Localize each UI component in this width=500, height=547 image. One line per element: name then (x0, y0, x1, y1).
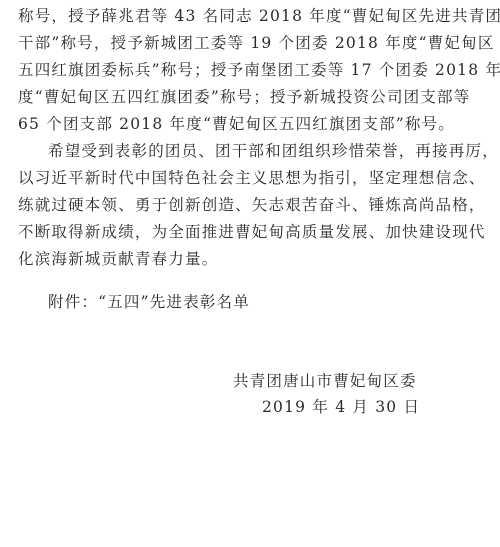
paragraph1-line: 干部”称号，授予新城团工委等 19 个团委 2018 年度“曹妃甸区 (18, 30, 495, 57)
paragraph1-line: 五四红旗团委标兵”称号；授予南堡团工委等 17 个团委 2018 年 (18, 57, 500, 84)
paragraph2-line: 练就过硬本领、勇于创新创造、矢志艰苦奋斗、锤炼高尚品格， (18, 192, 486, 219)
attachment-note: 附件：“五四”先进表彰名单 (48, 289, 250, 316)
signature-organization: 共青团唐山市曹妃甸区委 (233, 368, 417, 395)
paragraph1-line: 称号，授予薛兆君等 43 名同志 2018 年度“曹妃甸区先进共青团 (18, 3, 500, 30)
paragraph2-line: 以习近平新时代中国特色社会主义思想为指引，坚定理想信念、 (18, 165, 486, 192)
paragraph2-line: 不断取得新成绩，为全面推进曹妃甸高质量发展、加快建设现代 (18, 219, 486, 246)
paragraph1-line: 度“曹妃甸区五四红旗团委”称号；授予新城投资公司团支部等 (18, 84, 470, 111)
signature-date: 2019 年 4 月 30 日 (262, 394, 420, 421)
paragraph2-line: 化滨海新城贡献青春力量。 (18, 246, 218, 273)
paragraph2-line: 希望受到表彰的团员、团干部和团组织珍惜荣誉，再接再厉， (48, 138, 499, 165)
paragraph1-line: 65 个团支部 2018 年度“曹妃甸区五四红旗团支部”称号。 (18, 111, 455, 138)
